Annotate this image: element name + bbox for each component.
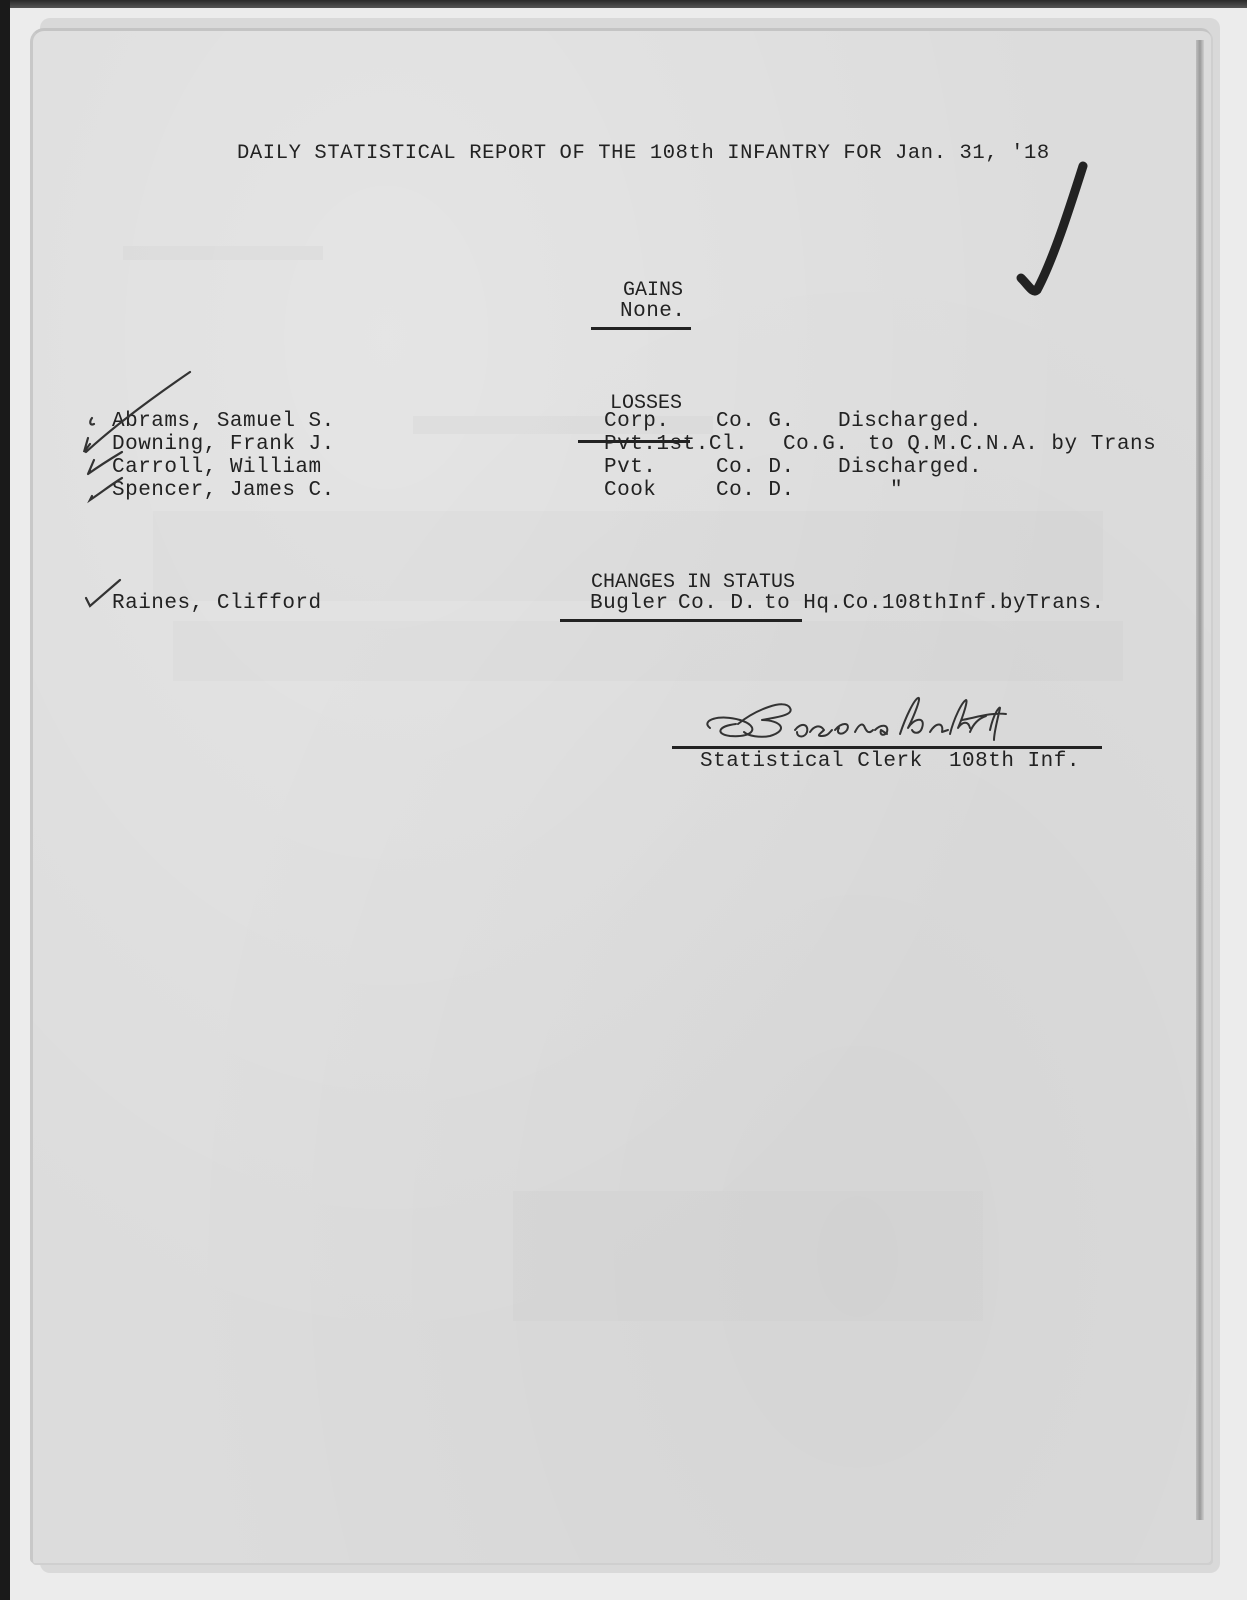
- entry-rank: Cook: [604, 479, 656, 502]
- gains-heading-text: GAINS: [623, 279, 683, 302]
- entry-rank: Pvt.1st.Cl.: [604, 433, 748, 456]
- entry-action: to Q.M.C.N.A. by Trans: [868, 433, 1156, 456]
- gains-body: None.: [620, 300, 686, 323]
- entry-company: Co. D.: [678, 592, 757, 615]
- signature-line: [672, 746, 1102, 749]
- entry-company: Co.G.: [783, 433, 849, 456]
- entry-company: Co. D.: [716, 456, 795, 479]
- entry-action: to Hq.Co.108thInf.byTrans.: [764, 592, 1105, 615]
- entry-rank: Pvt.: [604, 456, 656, 479]
- entry-name: Abrams, Samuel S.: [112, 410, 335, 433]
- bleed-through-signature-block: [513, 1191, 983, 1321]
- entry-name: Carroll, William: [112, 456, 322, 479]
- entry-company: Co. D.: [716, 479, 795, 502]
- changes-underline: [560, 619, 802, 622]
- changes-heading-text: CHANGES IN STATUS: [591, 571, 795, 594]
- entry-action: ": [890, 479, 903, 502]
- report-title: DAILY STATISTICAL REPORT OF THE 108th IN…: [237, 142, 1050, 165]
- entry-name: Spencer, James C.: [112, 479, 335, 502]
- gains-underline: [591, 327, 691, 330]
- scan-border-left: [0, 0, 10, 1600]
- entry-action: Discharged.: [838, 410, 982, 433]
- entry-company: Co. G.: [716, 410, 795, 433]
- bleed-through-text: [123, 246, 323, 260]
- sheet-edge-right: [1196, 40, 1204, 1520]
- scan-border-top: [10, 0, 1247, 8]
- entry-name: Downing, Frank J.: [112, 433, 335, 456]
- entry-rank: Corp.: [604, 410, 670, 433]
- entry-action: Discharged.: [838, 456, 982, 479]
- entry-rank: Bugler: [590, 592, 669, 615]
- entry-name: Raines, Clifford: [112, 592, 322, 615]
- signature-caption: Statistical Clerk 108th Inf.: [700, 750, 1080, 773]
